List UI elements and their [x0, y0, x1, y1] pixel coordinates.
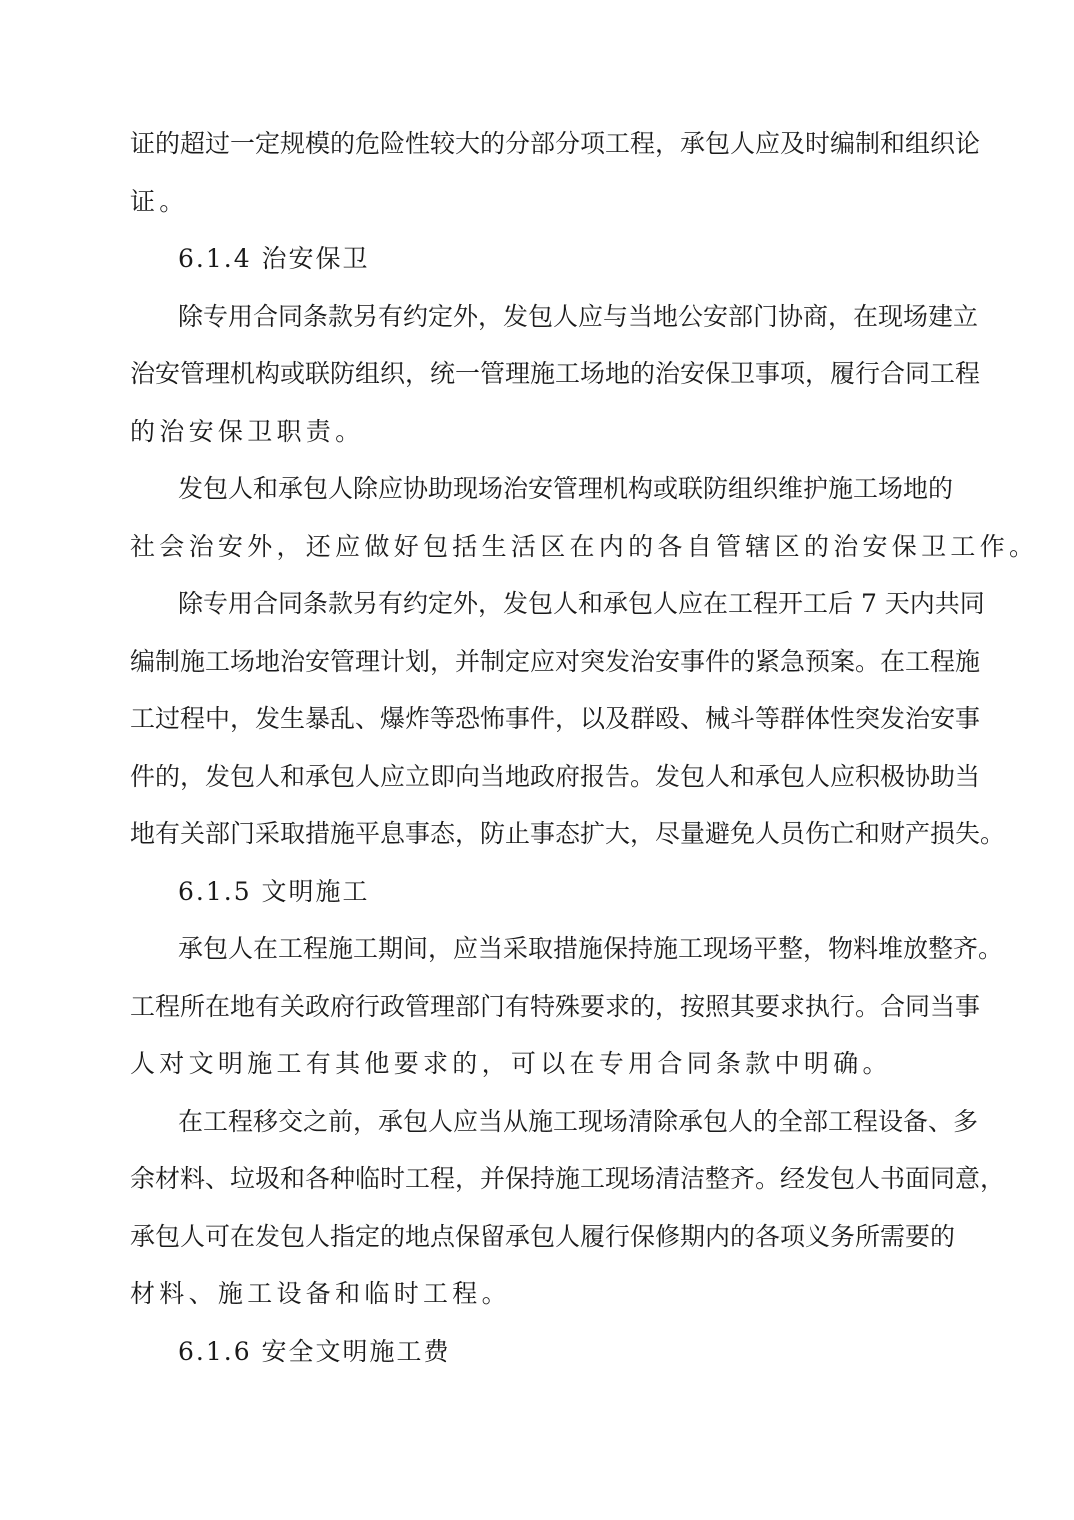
text-line: 发包人和承包人除应协助现场治安管理机构或联防组织维护施工场地的: [130, 469, 946, 527]
text-line: 编制施工场地治安管理计划，并制定应对突发治安事件的紧急预案。在工程施: [130, 642, 946, 700]
section-heading-6-1-6: 6.1.6 安全文明施工费: [130, 1332, 946, 1390]
text-line: 工过程中，发生暴乱、爆炸等恐怖事件，以及群殴、械斗等群体性突发治安事: [130, 699, 946, 757]
text-line: 余材料、垃圾和各种临时工程，并保持施工现场清洁整齐。经发包人书面同意，: [130, 1159, 946, 1217]
text-line: 治安管理机构或联防组织，统一管理施工场地的治安保卫事项，履行合同工程: [130, 354, 946, 412]
text-line: 证的超过一定规模的危险性较大的分部分项工程，承包人应及时编制和组织论: [130, 124, 946, 182]
text-line: 人对文明施工有其他要求的，可以在专用合同条款中明确。: [130, 1044, 946, 1102]
text-line: 承包人在工程施工期间，应当采取措施保持施工现场平整，物料堆放整齐。: [130, 929, 946, 987]
document-page: 证的超过一定规模的危险性较大的分部分项工程，承包人应及时编制和组织论 证。 6.…: [130, 124, 946, 1389]
text-line: 件的，发包人和承包人应立即向当地政府报告。发包人和承包人应积极协助当: [130, 757, 946, 815]
text-line: 在工程移交之前，承包人应当从施工现场清除承包人的全部工程设备、多: [130, 1102, 946, 1160]
section-heading-6-1-4: 6.1.4 治安保卫: [130, 239, 946, 297]
text-line: 地有关部门采取措施平息事态，防止事态扩大，尽量避免人员伤亡和财产损失。: [130, 814, 946, 872]
section-heading-6-1-5: 6.1.5 文明施工: [130, 872, 946, 930]
text-line: 的治安保卫职责。: [130, 412, 946, 470]
text-line: 社会治安外，还应做好包括生活区在内的各自管辖区的治安保卫工作。: [130, 527, 946, 585]
text-line: 工程所在地有关政府行政管理部门有特殊要求的，按照其要求执行。合同当事: [130, 987, 946, 1045]
text-line: 材料、施工设备和临时工程。: [130, 1274, 946, 1332]
text-line: 承包人可在发包人指定的地点保留承包人履行保修期内的各项义务所需要的: [130, 1217, 946, 1275]
text-line: 除专用合同条款另有约定外，发包人和承包人应在工程开工后 7 天内共同: [130, 584, 946, 642]
text-line: 除专用合同条款另有约定外，发包人应与当地公安部门协商，在现场建立: [130, 297, 946, 355]
text-line: 证。: [130, 182, 946, 240]
